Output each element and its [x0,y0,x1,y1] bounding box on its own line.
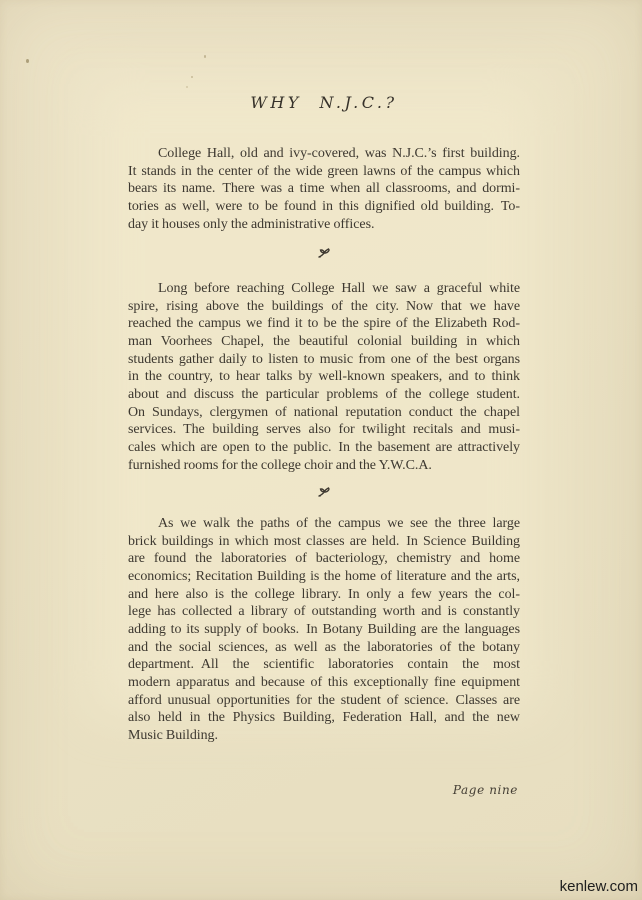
watermark: kenlew.com [560,878,638,896]
text-line: On Sundays, clergymen of national reputa… [128,404,520,422]
text-line: It stands in the center of the wide gree… [128,163,520,181]
dust-speck [186,86,188,88]
text-line: reached the campus we find it to be the … [128,315,520,333]
text-line: services. The building serves also for t… [128,421,520,439]
text-line: about and discuss the particular problem… [128,386,520,404]
text-line: lege has collected a library of outstand… [128,603,520,621]
fleuron-ornament-icon [128,484,520,498]
text-line: modern apparatus and because of this exc… [128,674,520,692]
text-line: also held in the Physics Building, Feder… [128,709,520,727]
dust-speck [26,59,29,63]
scanned-book-page: WHY N.J.C.? College Hall, old and ivy-co… [0,0,642,900]
text-line: economics; Recitation Building is the ho… [128,568,520,586]
fleuron-ornament-icon [128,245,520,259]
paragraph: As we walk the paths of the campus we se… [128,515,520,745]
text-line: Music Building. [128,727,520,745]
text-line: man Voorhees Chapel, the beautiful colon… [128,333,520,351]
page-number: Page nine [128,783,518,797]
text-line: As we walk the paths of the campus we se… [128,515,520,533]
paragraph: College Hall, old and ivy-covered, was N… [128,145,520,233]
text-line: in the country, to hear talks by well-kn… [128,368,520,386]
text-line: are found the laboratories of bacteriolo… [128,550,520,568]
text-line: cales which are open to the public. In t… [128,439,520,457]
text-line: afford unusual opportunities for the stu… [128,692,520,710]
text-line: furnished rooms for the college choir an… [128,457,520,475]
page-title: WHY N.J.C.? [128,93,520,113]
text-line: College Hall, old and ivy-covered, was N… [128,145,520,163]
text-line: bears its name. There was a time when al… [128,180,520,198]
text-line: and the social sciences, as well as the … [128,639,520,657]
text-line: tories as well, were to be found in this… [128,198,520,216]
text-line: brick buildings in which most classes ar… [128,533,520,551]
text-line: adding to its supply of books. In Botany… [128,621,520,639]
paragraph: Long before reaching College Hall we saw… [128,280,520,474]
text-line: day it houses only the administrative of… [128,216,520,234]
dust-speck [204,55,206,58]
text-line: Long before reaching College Hall we saw… [128,280,520,298]
text-line: department. All the scientific laborator… [128,656,520,674]
text-line: students gather daily to listen to music… [128,351,520,369]
text-line: and here also is the college library. In… [128,586,520,604]
dust-speck [191,76,193,78]
text-line: spire, rising above the buildings of the… [128,298,520,316]
